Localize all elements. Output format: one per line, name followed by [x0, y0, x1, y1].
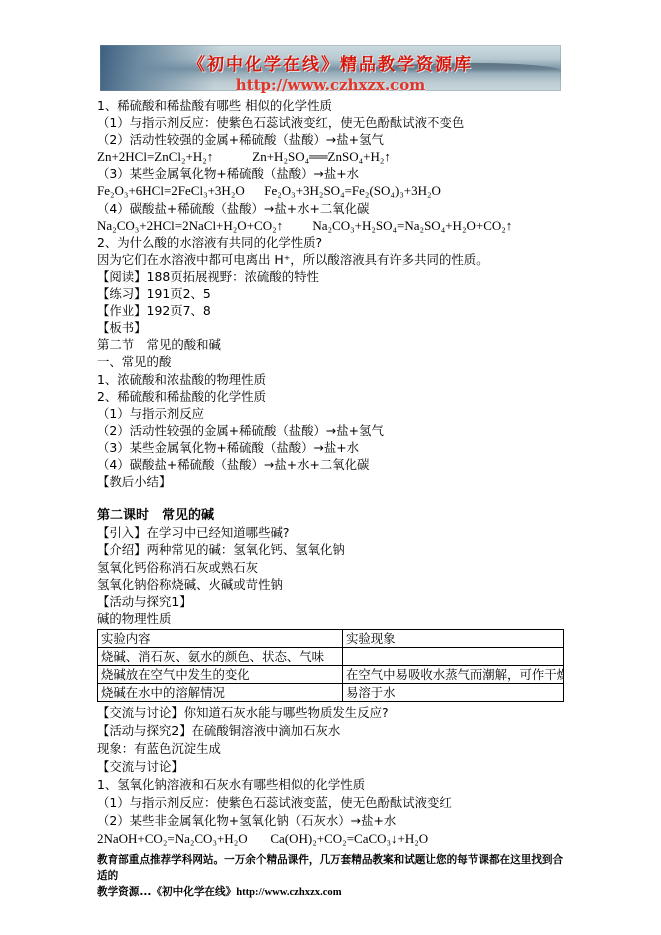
table-header-cell: 实验现象: [343, 630, 564, 648]
table-header-cell: 实验内容: [98, 630, 343, 648]
text-line: （4）碳酸盐+稀硫酸（盐酸）→盐+水+二氧化碳: [97, 456, 565, 473]
equation-line: Zn+2HCl=ZnCl₂+H₂↑ Zn+H₂SO₄══ZnSO₄+H₂↑: [97, 148, 565, 165]
text-line: 【教后小结】: [97, 473, 565, 490]
text-line: （1）与指示剂反应: [97, 405, 565, 422]
text-line: 氢氧化钙俗称消石灰或熟石灰: [97, 559, 565, 576]
banner-title: 《初中化学在线》精品教学资源库: [100, 45, 561, 75]
text-line: 【引入】在学习中已经知道哪些碱?: [97, 524, 565, 541]
table-cell: [343, 648, 564, 666]
text-line: 第二节 常见的酸和碱: [97, 336, 565, 353]
text-line: 【交流与讨论】: [97, 758, 565, 776]
text-line: 因为它们在水溶液中都可电离出 H⁺，所以酸溶液具有许多共同的性质。: [97, 251, 565, 268]
text-line: 【介绍】两种常见的碱：氢氧化钙、氢氧化钠: [97, 541, 565, 558]
text-line: 1、氢氧化钠溶液和石灰水有哪些相似的化学性质: [97, 776, 565, 794]
section-heading: 第二课时 常见的碱: [97, 507, 565, 524]
equation-line: Fe₂O₃+6HCl=2FeCl₃+3H₂O Fe₂O₃+3H₂SO₄=Fe₂(…: [97, 182, 565, 199]
table-cell: 烧碱放在空气中发生的变化: [98, 666, 343, 684]
text-line: 2、为什么酸的水溶液有共同的化学性质?: [97, 234, 565, 251]
alkali-physical-properties-table: 实验内容实验现象烧碱、消石灰、氨水的颜色、状态、气味 烧碱放在空气中发生的变化在…: [97, 629, 564, 702]
page-footer: 教育部重点推荐学科网站。一万余个精品课件，几万套精品教案和试题让您的每节课都在这…: [97, 852, 567, 901]
equation-line: Na₂CO₃+2HCl=2NaCl+H₂O+CO₂↑ Na₂CO₃+H₂SO₄=…: [97, 217, 565, 234]
text-line: （2）活动性较强的金属+稀硫酸（盐酸）→盐+氢气: [97, 131, 565, 148]
text-line: （3）某些金属氧化物+稀硫酸（盐酸）→盐+水: [97, 165, 565, 182]
table-row: 烧碱、消石灰、氨水的颜色、状态、气味: [98, 648, 564, 666]
text-line: （2）活动性较强的金属+稀硫酸（盐酸）→盐+氢气: [97, 422, 565, 439]
banner-url-link[interactable]: http://www.czhxzx.com: [100, 76, 561, 94]
text-line: 1、稀硫酸和稀盐酸有哪些 相似的化学性质: [97, 97, 565, 114]
text-line: （4）碳酸盐+稀硫酸（盐酸）→盐+水+二氧化碳: [97, 200, 565, 217]
text-line: 【活动与探究1】: [97, 593, 565, 610]
text-line: 碱的物理性质: [97, 610, 565, 627]
text-line: 氢氧化钠俗称烧碱、火碱或苛性钠: [97, 576, 565, 593]
text-line: [97, 490, 565, 507]
text-line: 【交流与讨论】你知道石灰水能与哪些物质发生反应?: [97, 704, 565, 722]
lesson-notes-top: 1、稀硫酸和稀盐酸有哪些 相似的化学性质（1）与指示剂反应：使紫色石蕊试液变红，…: [97, 97, 565, 627]
text-line: （2）某些非金属氧化物+氢氧化钠（石灰水）→盐+水: [97, 812, 565, 830]
site-banner-image: 《初中化学在线》精品教学资源库 http://www.czhxzx.com: [100, 45, 561, 91]
table-cell: 烧碱、消石灰、氨水的颜色、状态、气味: [98, 648, 343, 666]
footer-url-link[interactable]: http://www.czhxzx.com: [236, 887, 341, 898]
text-line: 【阅读】188页拓展视野：浓硫酸的特性: [97, 268, 565, 285]
table-row: 烧碱在水中的溶解情况易溶于水: [98, 684, 564, 702]
text-line: 【作业】192页7、8: [97, 302, 565, 319]
text-line: 一、常见的酸: [97, 353, 565, 370]
table-cell: 烧碱在水中的溶解情况: [98, 684, 343, 702]
footer-line2-text: 教学资源...《初中化学在线》: [97, 886, 236, 898]
table-header-row: 实验内容实验现象: [98, 630, 564, 648]
equation-line: 2NaOH+CO₂=Na₂CO₃+H₂O Ca(OH)₂+CO₂=CaCO₃↓+…: [97, 830, 565, 848]
table-cell: 易溶于水: [343, 684, 564, 702]
document-page: 《初中化学在线》精品教学资源库 http://www.czhxzx.com 1、…: [0, 0, 661, 935]
text-line: 【活动与探究2】在硫酸铜溶液中滴加石灰水: [97, 722, 565, 740]
table-row: 烧碱放在空气中发生的变化在空气中易吸收水蒸气而潮解，可作干燥剂: [98, 666, 564, 684]
text-line: 现象：有蓝色沉淀生成: [97, 740, 565, 758]
footer-line2: 教学资源...《初中化学在线》http://www.czhxzx.com: [97, 884, 567, 901]
table-cell: 在空气中易吸收水蒸气而潮解，可作干燥剂: [343, 666, 564, 684]
lesson-notes-bottom: 【交流与讨论】你知道石灰水能与哪些物质发生反应?【活动与探究2】在硫酸铜溶液中滴…: [97, 704, 565, 848]
text-line: 1、浓硫酸和浓盐酸的物理性质: [97, 371, 565, 388]
text-line: （1）与指示剂反应：使紫色石蕊试液变红，使无色酚酞试液不变色: [97, 114, 565, 131]
text-line: 【板书】: [97, 319, 565, 336]
text-line: 2、稀硫酸和稀盐酸的化学性质: [97, 388, 565, 405]
text-line: 【练习】191页2、5: [97, 285, 565, 302]
text-line: （1）与指示剂反应：使紫色石蕊试液变蓝，使无色酚酞试液变红: [97, 794, 565, 812]
text-line: （3）某些金属氧化物+稀硫酸（盐酸）→盐+水: [97, 439, 565, 456]
footer-line1: 教育部重点推荐学科网站。一万余个精品课件，几万套精品教案和试题让您的每节课都在这…: [97, 852, 567, 884]
